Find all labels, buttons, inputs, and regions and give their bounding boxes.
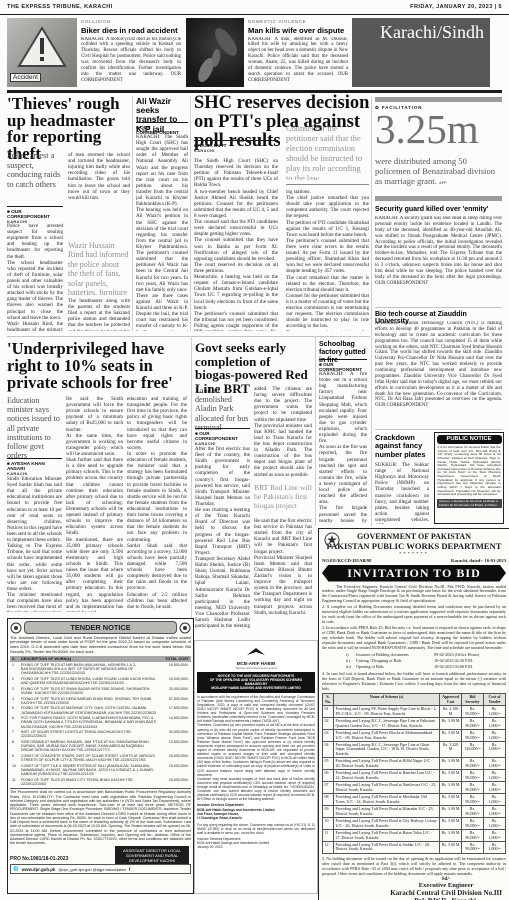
shc-col2: ing stations. The chief justice remarked…	[286, 189, 369, 331]
schoolbag-byline: ■ OUR CORRESPONDENT	[319, 359, 367, 372]
underprivileged-col1: Sindh Education Minister Syed Sardar Sha…	[7, 476, 62, 612]
brief-violence-body: KARACHI: A man, identified as M. Dilawar…	[248, 37, 348, 84]
invitation-ref: NO.EE/KCCD-III/AB/98	[322, 558, 371, 563]
pullquote-rule	[286, 184, 369, 185]
public-notice-title: PUBLIC NOTICE	[437, 435, 502, 444]
column-divider	[371, 96, 372, 526]
table-row: 10Providing and Laying Tuff Paver Road a…	[323, 818, 506, 830]
table-row: 3FIXING OF TUFF TILES AT SHAHI BAZAR WIT…	[10, 686, 191, 696]
facilitation-stat: 3.25m	[375, 109, 479, 150]
shc-byline: ■ NASIR BUTT KARACHI	[194, 140, 278, 153]
thieves-col2a: of men stormed the school and tortured t…	[68, 152, 130, 238]
tender-pro-no: PRO No.1981/18-01-2023	[10, 856, 68, 862]
mcb-eagle-logo-icon	[246, 647, 266, 656]
aliwazir-body: KARACHI: The Sindh High Court (SHC) has …	[136, 134, 188, 331]
shc-col1: The Sindh High Court (SHC) on Thursday r…	[194, 158, 278, 331]
brief-violence-kicker: DOMESTIC VIOLENCE	[248, 19, 348, 24]
table-row: 10CONST OF TUFF TILE & SEWER SYSTEM AT K…	[10, 763, 191, 777]
tender-terms: The Procurement shall be carried out in …	[10, 788, 191, 845]
accident-photo: Accident	[7, 18, 77, 87]
masthead-date: FRIDAY, JANUARY 20, 2023 | 5	[410, 4, 502, 10]
invitation-org2: PAKISTAN PUBLIC WORKS DEPARTMENT	[322, 541, 506, 551]
table-row: 12Providing and Laying Tuff Paver Road a…	[323, 841, 506, 853]
mcb-notice-title: NOTICE TO THE UNIT HOLDERS/ PARTICIPANTS…	[197, 672, 315, 693]
mcb-address: Investor Services Department MCB-Arif Ha…	[197, 803, 315, 820]
tender-table: S. DESCRIPTION OF WORK(s) TOTAL COST 1FI…	[10, 656, 191, 787]
invitation-stars: *******	[322, 551, 506, 556]
masthead-left: THE EXPRESS TRIBUNE, KARACHI	[7, 4, 113, 10]
table-row: 01Providing and Laying P.E Water Supply …	[323, 706, 506, 718]
invitation-sig1: Executive Engineer	[390, 882, 502, 889]
column-divider	[191, 336, 192, 628]
crackdown-headline: Crackdown against fancy number plates	[375, 434, 429, 459]
thieves-byline: ■ OUR CORRESPONDENT KARACHI	[7, 206, 63, 224]
underprivileged-deck: Education minister says notices issued t…	[7, 396, 62, 460]
brief-collision-kicker: COLLISION	[81, 19, 181, 24]
public-notice-owners: Owners: 1-Rustam Ali S/o Amin Ali Bhatti…	[437, 499, 502, 508]
invitation-date: Karachi, dated:- 16-01-2023	[451, 558, 506, 563]
tender-social-handles: @dpr_gob dpr.gob @dgpr.balochistan	[58, 867, 126, 872]
thieves-col2b: The headmaster along with the parents of…	[68, 298, 130, 331]
brief-violence-headline: Man kills wife over dispute	[248, 26, 348, 35]
mcb-brand-sub: Savings and Investments Limited	[197, 666, 315, 670]
table-row: 1FIXING OF TUFF TILES AT MIR BASH (MULAK…	[10, 662, 191, 676]
table-row: 06Providing and Laying Tuff Paver Road a…	[323, 770, 506, 782]
invitation-p3: 3. In accordance with PPRA Rule 25; Bid …	[322, 625, 506, 650]
table-row: 2FIXING OF TUFF TILES AT LUNDI KHOSA, LU…	[10, 676, 191, 686]
tender-notice-ad: TENDER NOTICE The Assistant Director, Lo…	[7, 618, 194, 894]
pakistan-emblem-icon	[324, 532, 340, 548]
table-row: 02Providing and Laying R.C.C. Sewerage P…	[323, 718, 506, 730]
thieves-deck: Police arrest a suspect, conducing raids…	[7, 151, 63, 190]
table-row: 07Providing and Laying Tuff Paver Road a…	[323, 782, 506, 794]
invitation-p5: 5. No bidding document will be issued on…	[322, 856, 506, 876]
rail-divider	[375, 307, 502, 308]
byline-bullet-icon: ■	[194, 143, 197, 148]
brief-collision-headline: Biker dies in road accident	[81, 26, 181, 35]
section-banner: Karachi/Sindh	[352, 18, 490, 87]
invitation-p4: 4. In case bid cost is found abnormal be…	[322, 671, 506, 691]
table-row: 09Providing and Laying Tuff Paver Road a…	[323, 806, 506, 818]
globe-icon: 🌐	[13, 866, 19, 872]
shc-pullquote: Counsel for the petitioner said that the…	[286, 124, 369, 180]
public-notice-ad: PUBLIC NOTICE It is for information for …	[434, 432, 504, 524]
underprivileged-col3: education and training of transgender pe…	[127, 396, 187, 612]
section-banner-title: Karachi/Sindh	[380, 22, 484, 43]
table-row: 7INST. OF SOLAR STREET LIGHTS AT TEHSIL …	[10, 729, 191, 739]
schoolbag-body: KARACHI: A fire broke out in a school ba…	[319, 371, 367, 523]
facilitation-top-bar	[375, 97, 502, 102]
tender-signoff: ASSISTANT DIRECTOR LOCAL GOVERNMENT AND …	[115, 846, 189, 864]
silhouette-hands-icon	[186, 18, 244, 87]
table-row: 9CONST OF CONCRETE STAIRS, INST OF SOLAR…	[10, 753, 191, 763]
security-guard-headline: Security guard killed over 'enmity'	[375, 206, 502, 213]
thieves-pullquote: Wazir Hussain Rind had informed the poli…	[68, 241, 130, 295]
brief-collision: COLLISION Biker dies in road accident KA…	[81, 19, 181, 88]
underprivileged-headline: 'Underprivileged have right to 10% seats…	[7, 341, 189, 391]
facilitation-bottom-bar	[375, 196, 502, 201]
brt-col2a: added. The citizens are facing severe di…	[254, 386, 312, 480]
tender-intro: The Assistant Director, Local Govt and R…	[10, 636, 191, 655]
column-divider	[315, 336, 316, 526]
brt-col1: After the first electric bus fleet of th…	[195, 446, 250, 628]
table-row: 11FIXING OF TUFF TILES AT BHAG CITY TEHS…	[10, 777, 191, 787]
brief-collision-body: KARACHI: A motorcyclist died as his moto…	[81, 37, 181, 84]
column-divider	[132, 96, 133, 331]
invitation-ad: GOVERNMENT OF PAKISTAN PAKISTAN PUBLIC W…	[318, 528, 509, 900]
masthead-rule	[0, 14, 509, 15]
mcb-signoff: Investor Services Department MCB-Arif Ha…	[197, 837, 315, 850]
facilitation-desc: were distributed among 50 policemen of B…	[375, 156, 497, 186]
underprivileged-dateline: KARACHI	[7, 471, 62, 476]
violence-photo	[186, 18, 244, 87]
table-row: 8SIDE DRAINS AT WARD#4, KIAKIARI, JAM T/…	[10, 739, 191, 753]
brief-violence: DOMESTIC VIOLENCE Man kills wife over di…	[248, 19, 348, 88]
facebook-icon: f	[129, 867, 130, 872]
invitation-sig2: Karachi Central Civil Division No.III	[390, 889, 502, 897]
balochistan-emblem-icon	[179, 622, 191, 634]
invitation-table: S. No. Name of Scheme (s) Approved Cost …	[322, 693, 506, 854]
schedule-row: iii) Opening of Bids 10-02-2023 03:00 P.…	[346, 664, 506, 670]
table-row: 05Providing and Laying Tuff Paver Road a…	[323, 758, 506, 770]
newspaper-page: THE EXPRESS TRIBUNE, KARACHI FRIDAY, JAN…	[0, 0, 509, 900]
table-row: 4FIXING OF TUFF TILES AT DERA SARDAR KHA…	[10, 696, 191, 706]
table-row: 04Providing and Laying R.C.C. Sewerage P…	[323, 742, 506, 758]
underprivileged-col2: He said the Sindh government will force …	[66, 396, 123, 612]
table-row: 03Providing and Laying Tuff Paver Blocks…	[323, 730, 506, 742]
shc-dateline: KARACHI	[194, 148, 278, 153]
invitation-org1: GOVERNMENT OF PAKISTAN	[322, 532, 506, 541]
brt-col2b: He said that the first electric bus serv…	[254, 518, 312, 628]
security-guard-body: KARACHI: A security guard was shot dead …	[375, 216, 502, 304]
table-row: 6PCC FOR F.SAKHI TANGO, GOTH SOAIM, U.AR…	[10, 715, 191, 729]
table-row: 5FIXING OF TUFF TILES AT MASHKAF CITY, G…	[10, 706, 191, 716]
tender-website: www.dpr.gob.pk	[22, 867, 56, 872]
accident-photo-label: Accident	[10, 73, 41, 82]
invitation-p2: 2. A complete set of Bidding Documents c…	[322, 604, 506, 624]
mcb-ad: MCB-ARIF HABIB Savings and Investments L…	[194, 640, 318, 894]
invitation-banner: INVITATION TO BID	[322, 565, 506, 582]
brt-pullquote: BRT Red Line will be Pakistan's first bi…	[254, 484, 312, 514]
aliwazir-byline: ■ OUR CORRESPONDENT	[136, 122, 188, 135]
underprivileged-byline: ■ AYESHA KHAN ANSARI KARACHI	[7, 458, 62, 476]
invitation-schedule: i) Issuance of Bidding documents 09-02-2…	[346, 652, 506, 669]
mcb-contact: For any query regarding the above, Custo…	[197, 823, 315, 835]
thieves-col1: Police have arrested suspect for stealin…	[7, 223, 63, 331]
brt-dateline: KARACHI	[195, 441, 250, 446]
balochistan-emblem-icon	[10, 622, 22, 634]
invitation-p1: The Executive Engineer, Karachi Central …	[322, 584, 506, 604]
mcb-body: In accordance with the requirement of th…	[197, 695, 315, 802]
brt-byline: ■ OUR CORRESPONDENT KARACHI	[195, 428, 250, 446]
facilitation-credit: APP	[439, 181, 447, 185]
table-row: 08Providing and Laying Tuff Paver Road a…	[323, 794, 506, 806]
public-notice-body: It is for information for General Public…	[435, 445, 503, 498]
brt-deck: Land of demolished Aladin Park allocated…	[195, 386, 250, 432]
table-row: 11Providing and Laying Tuff Paver Road a…	[323, 830, 506, 842]
tender-notice-title: TENDER NOTICE	[24, 621, 177, 634]
biotech-body: KARACHI: National Technology Council (NT…	[375, 321, 502, 425]
column-divider	[190, 96, 191, 331]
rail-divider	[375, 429, 502, 430]
crackdown-body: SUKKUR: The Sukkur range of National Hig…	[375, 462, 429, 524]
